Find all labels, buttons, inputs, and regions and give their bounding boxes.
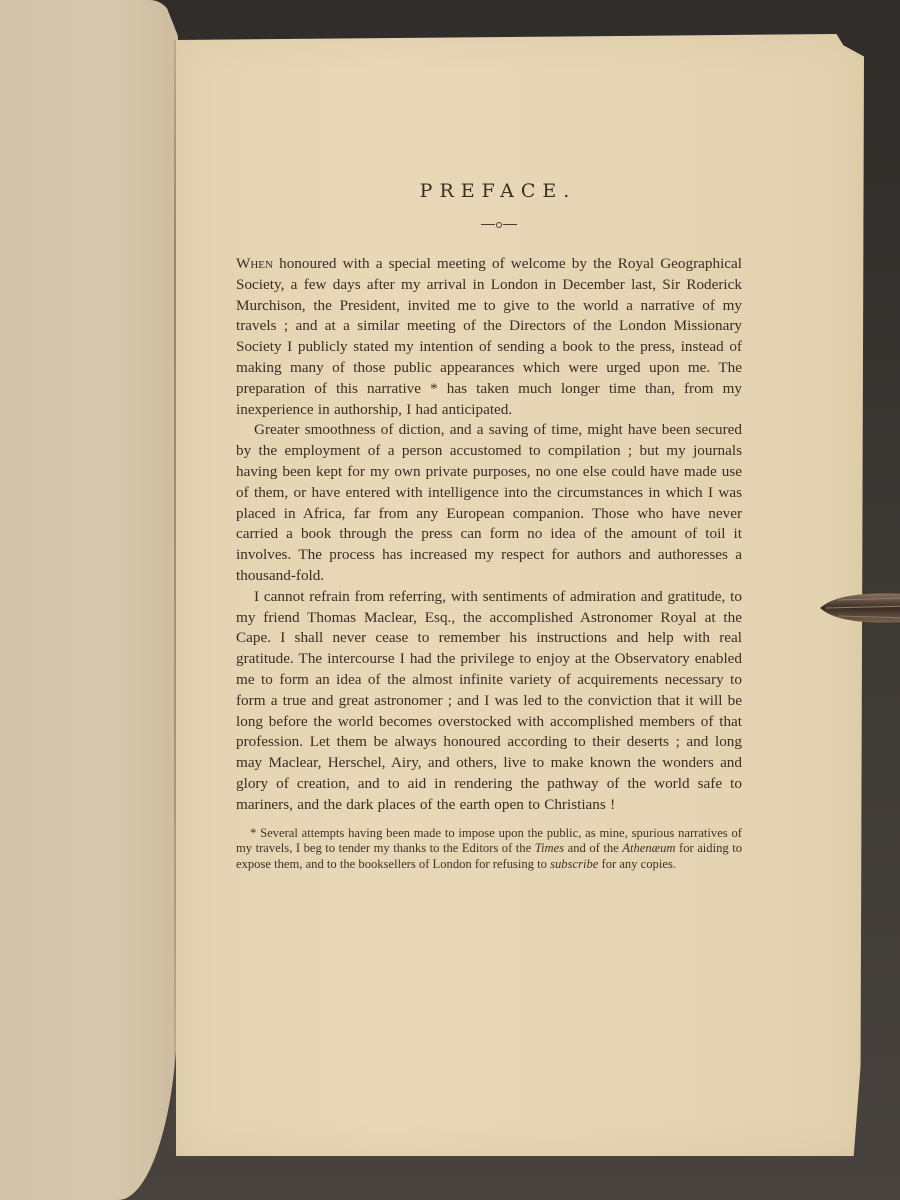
preface-text-block: PREFACE. When honoured with a special me… [236, 180, 742, 885]
ornament-circle-icon [496, 222, 502, 228]
left-page-verso [0, 0, 178, 1200]
footnote-text-2: and of the [564, 841, 622, 855]
footnote: * Several attempts having been made to i… [236, 826, 742, 873]
title-ornament-divider [236, 214, 742, 228]
page-title: PREFACE. [236, 180, 742, 202]
footnote-italic-athenaeum: Athenæum [622, 841, 675, 855]
ornament-rule-right [503, 224, 517, 225]
paragraph-1-lead: When [236, 255, 273, 272]
paragraph-3: I cannot refrain from referring, with se… [236, 587, 742, 816]
ornament-rule-left [481, 224, 495, 225]
pen-nib-icon [818, 588, 900, 628]
paragraph-2: Greater smoothness of diction, and a sav… [236, 420, 742, 586]
paragraph-1: When honoured with a special meeting of … [236, 254, 742, 420]
footnote-text-4: for any copies. [598, 857, 676, 871]
footnote-italic-subscribe: subscribe [550, 857, 598, 871]
paragraph-1-text: honoured with a special meeting of welco… [236, 255, 742, 418]
footnote-italic-times: Times [535, 841, 564, 855]
